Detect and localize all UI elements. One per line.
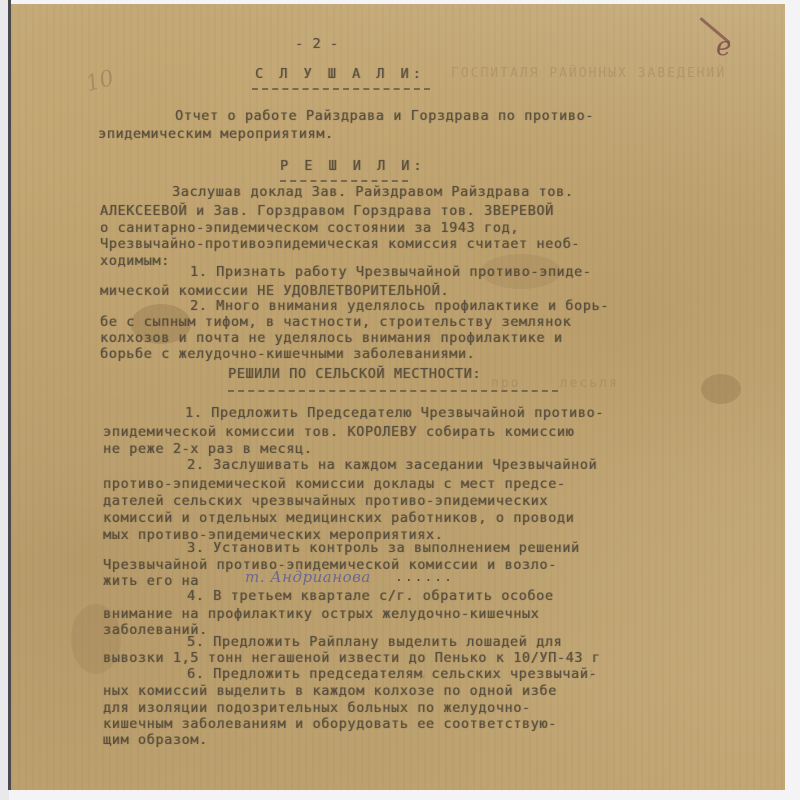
bleed-through-text: про лесьля — [491, 376, 619, 391]
page-number: - 2 - — [295, 36, 339, 52]
rural-item-2-line: дателей сельских чрезвычайных противо-эп… — [103, 493, 548, 509]
rural-item-6-line: ных комиссий выделить в каждом колхозе п… — [103, 683, 557, 699]
rural-item-6-line: для изоляции подозрительных больных по ж… — [103, 700, 531, 716]
rural-item-2-line: 2. Заслушивать на каждом заседании Чрезв… — [187, 457, 597, 473]
handwritten-insert: т. Андрианова — [245, 568, 371, 586]
rural-item-3-line: 3. Установить контроль за выполнением ре… — [187, 540, 580, 556]
heading-decided: Р Е Ш И Л И: — [280, 158, 426, 174]
margin-pen-stroke — [699, 17, 730, 44]
bleed-through-text: ГОСПИТАЛЯ РАЙОННЫХ ЗАВЕДЕНИЙ — [451, 66, 726, 81]
rural-item-5-line: 5. Предложить Райплану выделить лошадей … — [187, 634, 562, 650]
decided-item-2-line: 2. Много внимания уделялось профилактике… — [190, 298, 609, 314]
rural-item-5-line: вывозки 1,5 тонн негашеной извести до Пе… — [103, 650, 600, 666]
margin-handwritten-number: 10 — [83, 66, 117, 97]
rural-item-3-line: жить его на — [103, 573, 199, 589]
decided-item-1-line: 1. Признать работу Чрезвычайной противо-… — [190, 264, 591, 280]
heading-rural: РЕШИЛИ ПО СЕЛЬСКОЙ МЕСТНОСТИ: — [228, 366, 481, 382]
rural-item-6-line: 6. Предложить председателям сельских чре… — [187, 666, 597, 682]
decided-item-2-line: бе с сыпным тифом, в частности, строител… — [100, 314, 571, 330]
decided-text-line: Заслушав доклад Зав. Райздравом Райздрав… — [172, 184, 573, 200]
rural-item-4-line: внимание на профилактику острых желудочн… — [103, 606, 539, 622]
heading-underline — [280, 180, 408, 182]
decided-item-1-line: мической комиссии НЕ УДОВЛЕТВОРИТЕЛЬНОЙ. — [100, 283, 449, 299]
heading-underline — [228, 390, 558, 392]
paper-stain — [701, 374, 741, 404]
rural-item-2-line: комиссий и отдельных медицинских работни… — [103, 510, 574, 526]
rural-item-4-line: 4. В третьем квартале с/г. обратить особ… — [187, 588, 554, 604]
rural-item-1-line: не реже 2-х раз в месяц. — [103, 441, 312, 457]
heading-heard: С Л У Ш А Л И: — [255, 66, 425, 82]
heard-text-line: эпидемическим мероприятиям. — [98, 126, 334, 142]
rural-item-1-line: эпидемической комиссии тов. КОРОЛЕВУ соб… — [103, 424, 574, 440]
fill-dots: ...... — [395, 570, 454, 585]
decided-text-line: о санитарно-эпидемическом состоянии за 1… — [100, 220, 519, 236]
rural-item-6-line: кишечным заболеваниям и оборудовать ее с… — [103, 716, 557, 732]
heard-text-line: Отчет о работе Райздрава и Горздрава по … — [175, 108, 594, 124]
decided-text-line: АЛЕКСЕЕВОЙ и Зав. Горздравом Горздрава т… — [100, 203, 554, 219]
decided-item-2-line: борьбе с желудочно-кишечными заболевания… — [100, 346, 475, 362]
decided-text-line: ходимым: — [100, 253, 170, 269]
heading-underline — [252, 88, 430, 90]
decided-text-line: Чрезвычайно-противоэпидемическая комисси… — [100, 236, 580, 252]
rural-item-6-line: щим образом. — [103, 732, 208, 748]
decided-item-2-line: колхозов и почта не уделялось внимания п… — [100, 330, 563, 346]
rural-item-1-line: 1. Предложить Председателю Чрезвычайной … — [185, 405, 604, 421]
rural-item-2-line: противо-эпидемической комиссии доклады с… — [103, 476, 566, 492]
margin-handwritten-mark: е — [716, 32, 731, 62]
